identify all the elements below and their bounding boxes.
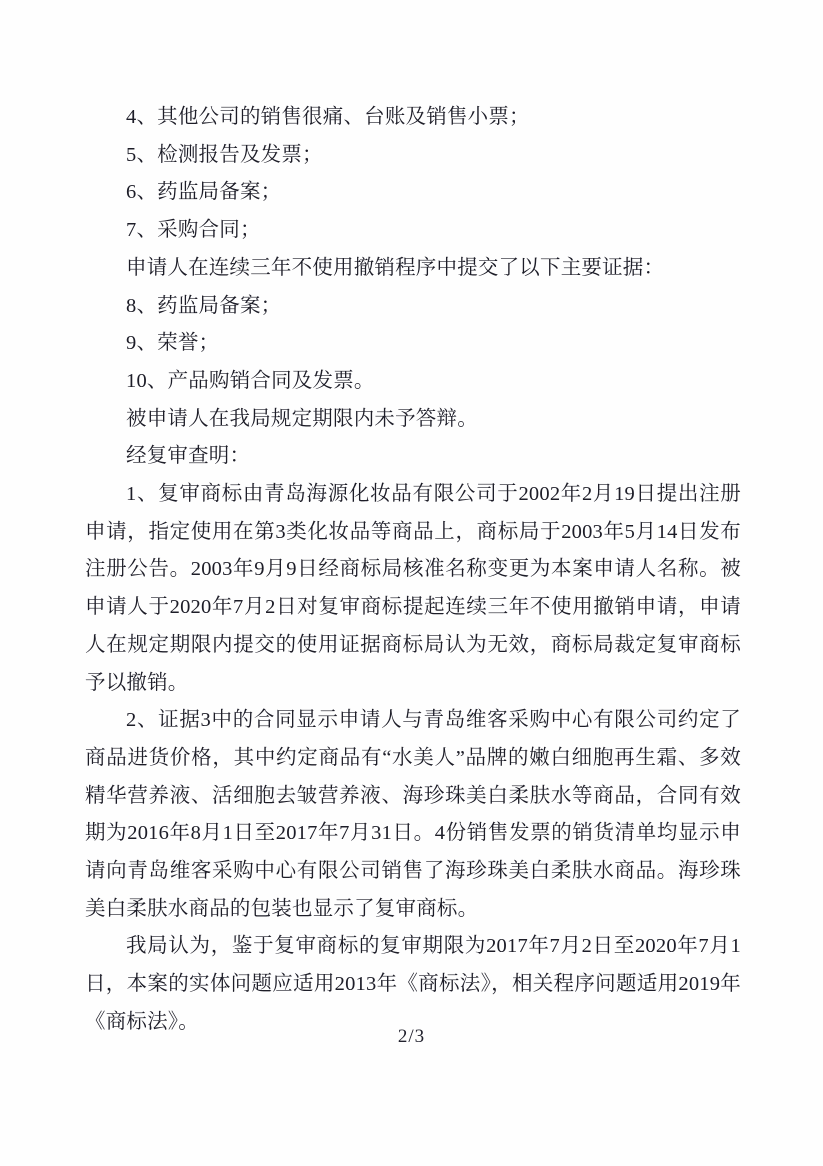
document-body: 4、其他公司的销售很痛、台账及销售小票； 5、检测报告及发票； 6、药监局备案；… <box>85 99 741 1042</box>
page-footer: 2/3 <box>0 1026 823 1048</box>
evidence-item-8: 8、药监局备案； <box>85 288 741 326</box>
finding-paragraph-1: 1、复审商标由青岛海源化妆品有限公司于2002年2月19日提出注册申请，指定使用… <box>85 476 741 702</box>
evidence-item-9: 9、荣誉； <box>85 325 741 363</box>
respondent-no-reply-statement: 被申请人在我局规定期限内未予答辩。 <box>85 401 741 439</box>
evidence-item-7: 7、采购合同； <box>85 212 741 250</box>
revocation-evidence-intro: 申请人在连续三年不使用撤销程序中提交了以下主要证据： <box>85 250 741 288</box>
page-number: 2/3 <box>398 1026 425 1047</box>
document-page: 4、其他公司的销售很痛、台账及销售小票； 5、检测报告及发票； 6、药监局备案；… <box>0 0 823 1166</box>
review-findings-heading: 经复审查明： <box>85 438 741 476</box>
evidence-item-6: 6、药监局备案； <box>85 174 741 212</box>
finding-paragraph-2: 2、证据3中的合同显示申请人与青岛维客采购中心有限公司约定了商品进货价格，其中约… <box>85 702 741 928</box>
evidence-item-4: 4、其他公司的销售很痛、台账及销售小票； <box>85 99 741 137</box>
opinion-paragraph: 我局认为，鉴于复审商标的复审期限为2017年7月2日至2020年7月1日，本案的… <box>85 928 741 1041</box>
evidence-item-5: 5、检测报告及发票； <box>85 137 741 175</box>
evidence-item-10: 10、产品购销合同及发票。 <box>85 363 741 401</box>
